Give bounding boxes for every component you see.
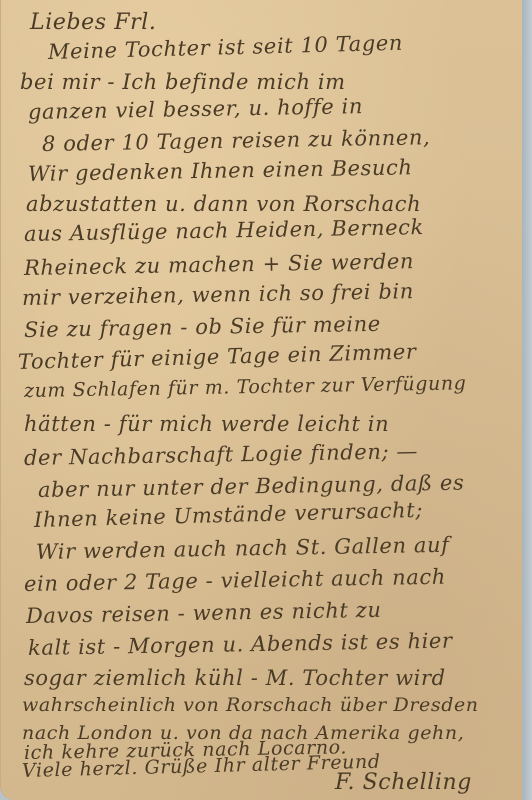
letter-line: der Nachbarschaft Logie finden; —: [24, 439, 418, 470]
letter-line: aber nur unter der Bedingung, daß es: [38, 471, 465, 502]
letter-line: ganzen viel besser, u. hoffe in: [28, 94, 363, 124]
letter-line: Rheineck zu machen + Sie werden: [24, 249, 414, 280]
letter-paper: Liebes Frl. Meine Tochter ist seit 10 Ta…: [0, 0, 522, 800]
letter-line: aus Ausflüge nach Heiden, Berneck: [24, 215, 424, 246]
letter-line: zum Schlafen für m. Tochter zur Verfügun…: [24, 372, 467, 402]
letter-line: mir verzeihen, wenn ich so frei bin: [22, 279, 414, 310]
background-edge: [522, 0, 532, 800]
letter-line: abzustatten u. dann von Rorschach: [26, 192, 421, 216]
letter-line: kalt ist - Morgen u. Abends ist es hier: [28, 629, 453, 660]
signature: F. Schelling: [335, 770, 472, 795]
letter-line: Ihnen keine Umstände verursacht;: [34, 498, 424, 532]
letter-line: Davos reisen - wenn es nicht zu: [26, 598, 382, 628]
letter-line: Tochter für einige Tage ein Zimmer: [18, 340, 417, 374]
letter-line: bei mir - Ich befinde mich im: [20, 70, 346, 94]
letter-line: sogar ziemlich kühl - M. Tochter wird: [24, 666, 446, 690]
letter-line: ein oder 2 Tage - vielleicht auch nach: [24, 565, 446, 596]
letter-line: Meine Tochter ist seit 10 Tagen: [48, 31, 404, 64]
letter-line: Sie zu fragen - ob Sie für meine: [24, 312, 381, 342]
letter-line: 8 oder 10 Tagen reisen zu können,: [42, 125, 431, 156]
greeting: Liebes Frl.: [30, 10, 156, 35]
letter-line: hätten - für mich werde leicht in: [24, 412, 389, 436]
letter-line: Wir werden auch nach St. Gallen auf: [36, 533, 450, 564]
letter-line: Wir gedenken Ihnen einen Besuch: [28, 155, 413, 186]
letter-line: wahrscheinlich von Rorschach über Dresde…: [22, 694, 479, 716]
